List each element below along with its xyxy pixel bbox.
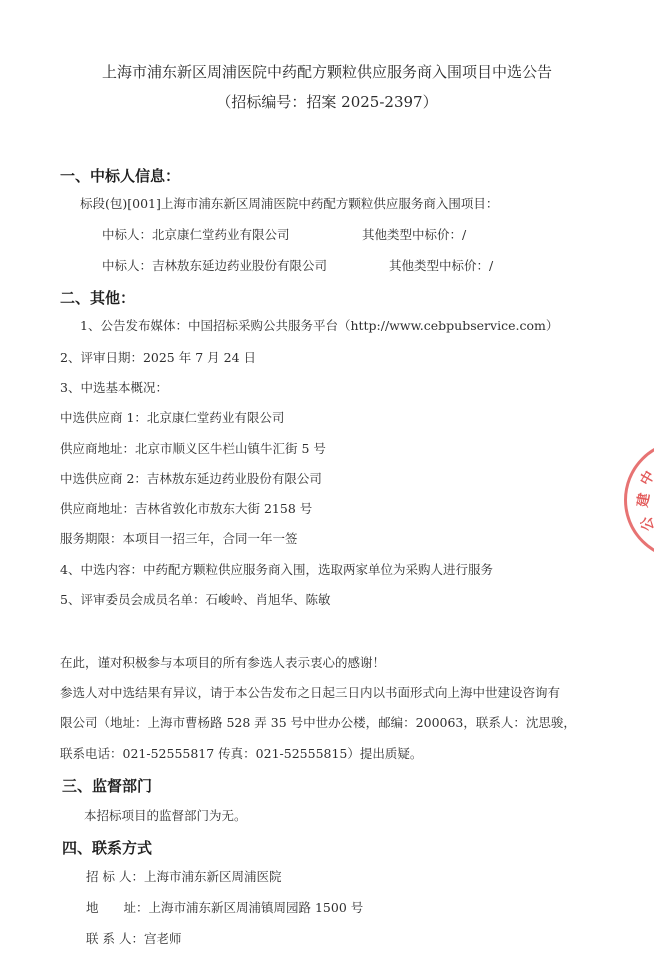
review-date: 2、评审日期：2025 年 7 月 24 日 <box>60 350 256 366</box>
supplier-2: 中选供应商 2：吉林敖东延边药业股份有限公司 <box>60 471 322 487</box>
tender-number: （招标编号：招案 2025-2397） <box>0 92 654 112</box>
section-2-heading: 二、其他： <box>60 288 135 308</box>
winner-2-price: 其他类型中标价：/ <box>389 258 493 274</box>
supplier-2-address: 供应商地址：吉林省敦化市敖东大街 2158 号 <box>60 501 312 517</box>
section-4-heading: 四、联系方式 <box>62 838 152 858</box>
winner-2: 中标人：吉林敖东延边药业股份有限公司 <box>102 258 327 274</box>
objection-line-1: 参选人对中选结果有异议，请于本公告发布之日起三日内以书面形式向上海中世建设咨询有 <box>60 685 560 701</box>
contact-person: 联 系 人：宫老师 <box>86 931 181 947</box>
winner-1: 中标人：北京康仁堂药业有限公司 <box>102 227 290 243</box>
publish-media: 1、公告发布媒体：中国招标采购公共服务平台（http://www.cebpubs… <box>80 318 558 334</box>
section-3-heading: 三、监督部门 <box>62 776 152 796</box>
section-1-heading: 一、中标人信息： <box>60 166 180 186</box>
winner-1-price: 其他类型中标价：/ <box>362 227 466 243</box>
thanks-text: 在此，谨对积极参与本项目的所有参选人表示衷心的感谢！ <box>60 655 385 671</box>
service-term: 服务期限：本项目一招三年，合同一年一签 <box>60 531 298 547</box>
selection-content: 4、中选内容：中药配方颗粒供应服务商入围，选取两家单位为采购人进行服务 <box>60 562 493 578</box>
overview-label: 3、中选基本概况： <box>60 380 168 396</box>
supervision-text: 本招标项目的监督部门为无。 <box>84 808 247 824</box>
document-title: 上海市浦东新区周浦医院中药配方颗粒供应服务商入围项目中选公告 <box>0 62 654 82</box>
tenderer-address: 地 址：上海市浦东新区周浦镇周园路 1500 号 <box>86 900 363 916</box>
supplier-1-address: 供应商地址：北京市顺义区牛栏山镇牛汇街 5 号 <box>60 441 326 457</box>
tenderer: 招 标 人：上海市浦东新区周浦医院 <box>86 869 281 885</box>
lot-description: 标段(包)[001]上海市浦东新区周浦医院中药配方颗粒供应服务商入围项目： <box>80 196 498 212</box>
objection-line-3: 联系电话：021-52555817 传真：021-52555815）提出质疑。 <box>60 746 422 762</box>
supplier-1: 中选供应商 1：北京康仁堂药业有限公司 <box>60 410 284 426</box>
objection-line-2: 限公司（地址：上海市曹杨路 528 弄 35 号中世办公楼，邮编：200063，… <box>60 715 576 731</box>
stamp-char-3: 公 <box>636 515 654 532</box>
committee-members: 5、评审委员会成员名单：石峻岭、肖旭华、陈敏 <box>60 592 330 608</box>
